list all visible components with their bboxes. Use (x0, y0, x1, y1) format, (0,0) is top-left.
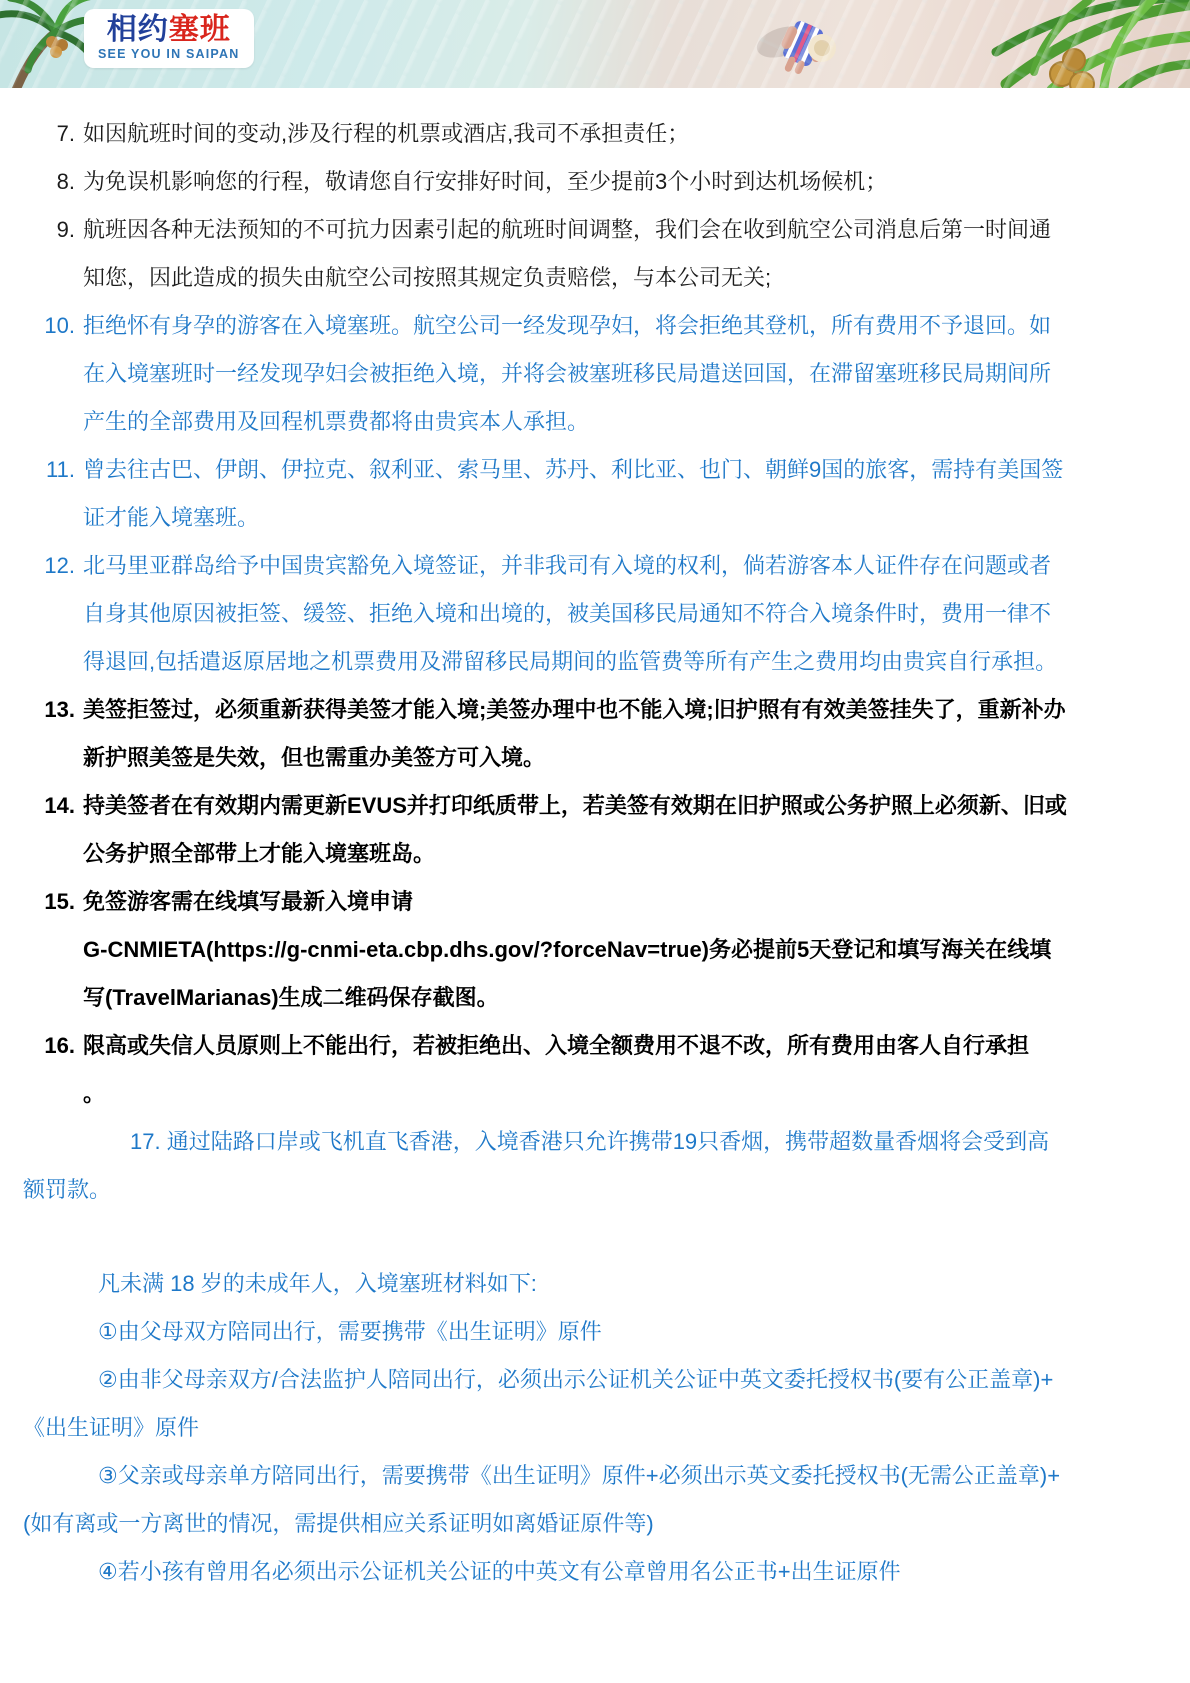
term-17: 17. 通过陆路口岸或飞机直飞香港，入境香港只允许携带19只香烟，携带超数量香烟… (23, 1118, 1068, 1214)
minors-section: 凡未满 18 岁的未成年人，入境塞班材料如下: ①由父母双方陪同出行，需要携带《… (23, 1260, 1068, 1596)
term-item: 8.为免误机影响您的行程，敬请您自行安排好时间，至少提前3个小时到达机场候机； (23, 158, 1068, 206)
logo-title: 相约塞班 (98, 14, 240, 46)
term-number: 7. (23, 110, 75, 158)
term-text: 免签游客需在线填写最新入境申请 G-CNMIETA(https://g-cnmi… (83, 889, 1051, 1010)
term-number: 15. (23, 878, 75, 926)
term-number: 14. (23, 782, 75, 830)
term-item: 11.曾去往古巴、伊朗、伊拉克、叙利亚、索马里、苏丹、利比亚、也门、朝鲜9国的旅… (23, 446, 1068, 542)
term-item: 7.如因航班时间的变动,涉及行程的机票或酒店,我司不承担责任； (23, 110, 1068, 158)
minor-item: ③父亲或母亲单方陪同出行，需要携带《出生证明》原件+必须出示英文委托授权书(无需… (23, 1452, 1068, 1548)
term-text: 航班因各种无法预知的不可抗力因素引起的航班时间调整，我们会在收到航空公司消息后第… (83, 217, 1051, 290)
document-body: 7.如因航班时间的变动,涉及行程的机票或酒店,我司不承担责任； 8.为免误机影响… (0, 88, 1190, 1596)
sunbather-image (752, 8, 848, 80)
term-text: 曾去往古巴、伊朗、伊拉克、叙利亚、索马里、苏丹、利比亚、也门、朝鲜9国的旅客，需… (83, 457, 1063, 530)
term-text: 为免误机影响您的行程，敬请您自行安排好时间，至少提前3个小时到达机场候机； (83, 169, 887, 194)
term-item: 13.美签拒签过，必须重新获得美签才能入境;美签办理中也不能入境;旧护照有有效美… (23, 686, 1068, 782)
term-number: 12. (23, 542, 75, 590)
terms-list: 7.如因航班时间的变动,涉及行程的机票或酒店,我司不承担责任； 8.为免误机影响… (23, 110, 1068, 1118)
term-number: 8. (23, 158, 75, 206)
term-text: 如因航班时间的变动,涉及行程的机票或酒店,我司不承担责任； (83, 121, 689, 146)
term-number: 13. (23, 686, 75, 734)
minor-item: ④若小孩有曾用名必须出示公证机关公证的中英文有公章曾用名公正书+出生证原件 (23, 1548, 1068, 1596)
minors-intro: 凡未满 18 岁的未成年人，入境塞班材料如下: (23, 1260, 1068, 1308)
term-text: 拒绝怀有身孕的游客在入境塞班。航空公司一经发现孕妇，将会拒绝其登机，所有费用不予… (83, 313, 1051, 434)
logo: 相约塞班 SEE YOU IN SAIPAN (84, 9, 254, 68)
header-banner: 相约塞班 SEE YOU IN SAIPAN (0, 0, 1190, 88)
minors-list: ①由父母双方陪同出行，需要携带《出生证明》原件 ②由非父母亲双方/合法监护人陪同… (23, 1308, 1068, 1596)
term-number: 9. (23, 206, 75, 254)
term-text: 持美签者在有效期内需更新EVUS并打印纸质带上，若美签有效期在旧护照或公务护照上… (83, 793, 1067, 866)
term-item: 12.北马里亚群岛给予中国贵宾豁免入境签证，并非我司有入境的权利，倘若游客本人证… (23, 542, 1068, 686)
palm-fronds-icon (856, 0, 1190, 88)
logo-subtitle: SEE YOU IN SAIPAN (98, 47, 240, 62)
term-item: 9.航班因各种无法预知的不可抗力因素引起的航班时间调整，我们会在收到航空公司消息… (23, 206, 1068, 302)
logo-title-red: 塞班 (169, 13, 231, 46)
minor-item: ①由父母双方陪同出行，需要携带《出生证明》原件 (23, 1308, 1068, 1356)
term-item: 16.限高或失信人员原则上不能出行，若被拒绝出、入境全额费用不退不改，所有费用由… (23, 1022, 1068, 1118)
term-item: 10.拒绝怀有身孕的游客在入境塞班。航空公司一经发现孕妇，将会拒绝其登机，所有费… (23, 302, 1068, 446)
term-number: 11. (23, 446, 75, 494)
term-item: 15.免签游客需在线填写最新入境申请 G-CNMIETA(https://g-c… (23, 878, 1068, 1022)
minor-item: ②由非父母亲双方/合法监护人陪同出行，必须出示公证机关公证中英文委托授权书(要有… (23, 1356, 1068, 1452)
term-item: 14.持美签者在有效期内需更新EVUS并打印纸质带上，若美签有效期在旧护照或公务… (23, 782, 1068, 878)
logo-title-blue: 相约 (107, 13, 169, 46)
term-number: 16. (23, 1022, 75, 1070)
term-number: 10. (23, 302, 75, 350)
term-text: 美签拒签过，必须重新获得美签才能入境;美签办理中也不能入境;旧护照有有效美签挂失… (83, 697, 1066, 770)
term-text: 限高或失信人员原则上不能出行，若被拒绝出、入境全额费用不退不改，所有费用由客人自… (83, 1033, 1029, 1106)
term-text: 北马里亚群岛给予中国贵宾豁免入境签证，并非我司有入境的权利，倘若游客本人证件存在… (83, 553, 1057, 674)
